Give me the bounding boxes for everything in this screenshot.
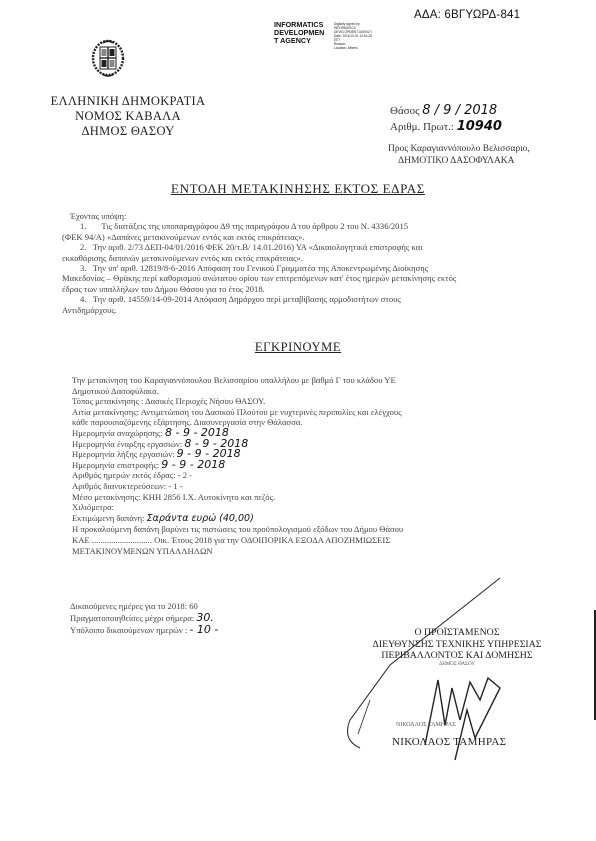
item-text-cont: (ΦΕΚ 94/Α) «Δαπάνες μετακινούμενων εντός… <box>62 232 560 242</box>
signatory-name: ΝΙΚΟΛΑΟΣ ΤΑΜΗΡΑΣ <box>392 736 506 748</box>
approval-text: Την μετακίνηση του Καραγιαννόπουλου Βελι… <box>72 375 552 386</box>
approve-heading: ΕΓΚΡΙΝΟΥΜΕ <box>0 340 596 355</box>
budget-text: Η προκαλούμενη δαπάνη βαρύνει τις πιστώσ… <box>72 524 552 535</box>
estimated-cost-row: Εκτιμώμενη δαπάνη: Σαράντα ευρώ (40,00) <box>72 513 552 525</box>
consideration-item-2: 2. Την αριθ. 2/73 ΔΕΠ-04/01/2016 ΦΕΚ 20/… <box>70 242 560 252</box>
approval-text-cont: Δημοτικού Δασοφύλακα. <box>72 386 552 397</box>
handwritten-date: 8 / 9 / 2018 <box>422 103 497 118</box>
protocol-label: Αριθμ. Πρωτ.: <box>390 121 454 133</box>
return-date-row: Ημερομηνία επιστροφής: 9 - 9 - 2018 <box>72 460 552 471</box>
recipient-block: Προς Καραγιαννόπουλο Βελισσαριο, ΔΗΜΟΤΙΚ… <box>388 143 530 167</box>
remaining-days-label: Υπόλοιπο δικαιούμενων ημερών : <box>70 625 187 635</box>
work-start-row: Ημερομηνία έναρξης εργασιών: 8 - 9 - 201… <box>72 439 552 450</box>
transport-means: Μέσο μετακίνησης: ΚΗΗ 2856 Ι.Χ. Αυτοκίνη… <box>72 492 552 503</box>
issuer-prefecture: ΝΟΜΟΣ ΚΑΒΑΛΑ <box>28 109 228 124</box>
item-number: 4. <box>80 294 86 304</box>
trip-details-block: Την μετακίνηση του Καραγιαννόπουλου Βελι… <box>72 375 552 556</box>
document-title: ΕΝΤΟΛΗ ΜΕΤΑΚΙΝΗΣΗΣ ΕΚΤΟΣ ΕΔΡΑΣ <box>0 181 596 197</box>
day-counts-block: Δικαιούμενες ημέρες για το 2018: 60 Πραγ… <box>70 601 330 636</box>
date-protocol-block: Θάσος 8 / 9 / 2018 Αριθμ. Πρωτ.: 10940 <box>390 103 502 135</box>
days-away: Αριθμός ημερών εκτός έδρας: - 2 - <box>72 470 552 481</box>
agency-name: INFORMATICS DEVELOPMEN T AGENCY <box>274 21 324 45</box>
handwritten-protocol-number: 10940 <box>457 119 502 134</box>
remaining-days-row: Υπόλοιπο δικαιούμενων ημερών : - 10 - <box>70 624 330 636</box>
return-label: Ημερομηνία επιστροφής: <box>72 460 159 470</box>
overnights: Αριθμός διανυκτερεύσεων: - 1 - <box>72 481 552 492</box>
used-days-label: Πραγματοποιηθείσες μέχρι σήμερα: <box>70 613 194 623</box>
consideration-item-1: 1. Τις διατάξεις της υποπαραγράφου Δ9 τη… <box>70 221 560 231</box>
date-line: Θάσος 8 / 9 / 2018 <box>390 103 502 119</box>
item-text-cont: εκκαθάρισης δαπανών μετακινούμενων εντός… <box>62 253 560 263</box>
item-number: 3. <box>80 263 86 273</box>
issuer-municipality: ΔΗΜΟΣ ΘΑΣΟΥ <box>28 124 228 139</box>
item-text-cont: Αντιδημάρχους. <box>62 305 560 315</box>
consideration-item-3: 3. Την υπ' αριθ. 12819/8-6-2016 Απόφαση … <box>70 263 560 273</box>
place-label: Θάσος <box>390 105 420 117</box>
coat-of-arms-icon <box>90 38 126 78</box>
remaining-days-value: - 10 - <box>189 623 218 636</box>
cost-value: Σαράντα ευρώ (40,00) <box>147 513 254 524</box>
trip-reason-cont: κάθε παρουσιαζόμενης εξάρτησης. Διασυνερ… <box>72 417 552 428</box>
item-text: Την υπ' αριθ. 12819/8-6-2016 Απόφαση του… <box>93 263 428 273</box>
item-text: Την αριθ. 2/73 ΔΕΠ-04/01/2016 ΦΕΚ 20/τ.Β… <box>93 242 423 252</box>
departure-date-row: Ημερομηνία αναχώρησης: 8 - 9 - 2018 <box>72 428 552 439</box>
issuer-block: ΕΛΛΗΝΙΚΗ ΔΗΜΟΚΡΑΤΙΑ ΝΟΜΟΣ ΚΑΒΑΛΑ ΔΗΜΟΣ Θ… <box>28 94 228 139</box>
recipient-title: ΔΗΜΟΤΙΚΟ ΔΑΣΟΦΥΛΑΚΑ <box>388 155 530 167</box>
considerations-intro: Έχοντας υπόψη: <box>70 211 560 221</box>
stamp-name-small: ΝΙΚΟΛΑΟΣ ΤΑΜΗΡΑΣ <box>396 722 456 728</box>
ada-code: ΑΔΑ: 6ΒΓΥΩΡΔ-841 <box>414 9 520 21</box>
agency-line: T AGENCY <box>274 37 324 45</box>
work-end-row: Ημερομηνία λήξης εργασιών: 9 - 9 - 2018 <box>72 449 552 460</box>
issuer-country: ΕΛΛΗΝΙΚΗ ΔΗΜΟΚΡΑΤΙΑ <box>28 94 228 109</box>
title-text: ΕΝΤΟΛΗ ΜΕΤΑΚΙΝΗΣΗΣ ΕΚΤΟΣ ΕΔΡΑΣ <box>171 181 425 196</box>
consideration-item-4: 4. Την αριθ. 14559/14-09-2014 Απόφαση Δη… <box>70 294 560 304</box>
item-text: Τις διατάξεις της υποπαραγράφου Δ9 της π… <box>101 221 408 231</box>
budget-code: ΚΑΕ ............................ Οικ. Έτ… <box>72 535 552 546</box>
considerations-block: Έχοντας υπόψη: 1. Τις διατάξεις της υποπ… <box>70 211 560 315</box>
meta-line: Location: Athens <box>334 46 372 50</box>
recipient-line: Προς Καραγιαννόπουλο Βελισσαριο, <box>388 143 530 155</box>
departure-label: Ημερομηνία αναχώρησης: <box>72 428 163 438</box>
trip-destination: Τόπος μετακίνησης : Δασικές Περιοχές Νήσ… <box>72 396 552 407</box>
work-end-label: Ημερομηνία λήξης εργασιών: <box>72 449 175 459</box>
item-text-cont: Μακεδονίας – Θράκης περί καθορισμού ανώτ… <box>62 273 560 283</box>
approve-heading-text: ΕΓΚΡΙΝΟΥΜΕ <box>255 340 341 354</box>
work-start-label: Ημερομηνία έναρξης εργασιών: <box>72 439 182 449</box>
kilometers: Χιλιόμετρα: <box>72 502 552 513</box>
trip-reason: Αιτία μετακίνησης: Αντιμετώπιση του Δασι… <box>72 407 552 418</box>
digital-signature-meta: Digitally signed by INFORMATICS DEVELOPM… <box>334 22 372 50</box>
protocol-line: Αριθμ. Πρωτ.: 10940 <box>390 119 502 135</box>
item-text: Την αριθ. 14559/14-09-2014 Απόφαση Δημάρ… <box>93 294 401 304</box>
item-number: 1. <box>80 221 86 231</box>
cost-label: Εκτιμώμενη δαπάνη: <box>72 513 145 523</box>
return-date: 9 - 9 - 2018 <box>161 458 225 471</box>
budget-code-cont: ΜΕΤΑΚΙΝΟΥΜΕΝΩΝ ΥΠΑΛΛΗΛΩΝ <box>72 546 552 557</box>
item-text-cont: έδρας των υπαλλήλων του Δήμου Θάσου για … <box>62 284 560 294</box>
item-number: 2. <box>80 242 86 252</box>
